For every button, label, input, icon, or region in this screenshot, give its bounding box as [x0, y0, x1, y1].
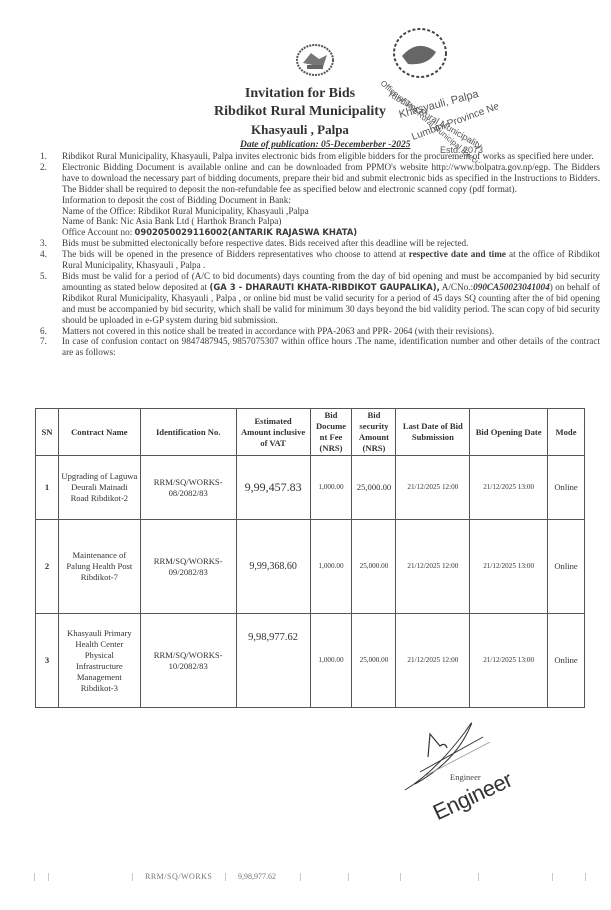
notice-items: 1. Ribdikot Rural Municipality, Khasyaul… [40, 151, 600, 358]
header-identification-no: Identification No. [140, 409, 236, 456]
notice-item: 6. Matters not covered in this notice sh… [40, 326, 600, 337]
header-opening-date: Bid Opening Date [470, 409, 548, 456]
bank-info-heading: Information to deposit the cost of Biddi… [62, 195, 291, 205]
header-contract-name: Contract Name [58, 409, 140, 456]
header-estimated-amount: Estimated Amount inclusive of VAT [236, 409, 310, 456]
notice-item: 4. The bids will be opened in the presen… [40, 249, 600, 271]
account-label: Office Account no: [62, 227, 135, 237]
notice-item: 1. Ribdikot Rural Municipality, Khasyaul… [40, 151, 600, 162]
header-doc-fee: Bid Docume nt Fee (NRS) [310, 409, 352, 456]
table-row: 3 Khasyauli Primary Health Center Physic… [36, 614, 585, 708]
organization-name: Ribdikot Rural Municipality [150, 104, 450, 120]
bank-name: Name of Bank: Nic Asia Bank Ltd ( Hartho… [62, 216, 281, 226]
document-title: Invitation for Bids [150, 86, 450, 102]
notice-item: 2. Electronic Bidding Document is availa… [40, 162, 600, 238]
notice-item: 5. Bids must be valid for a period of (A… [40, 271, 600, 326]
page-bleed-fragment: | | | RRM/SQ/WORKS | 9,98,977.62 | | | |… [0, 872, 611, 892]
header-sn: SN [36, 409, 59, 456]
table-row: 2 Maintenance of Palung Health Post Ribd… [36, 520, 585, 614]
table-row: 1 Upgrading of Laguwa Deurali Mainadi Ro… [36, 456, 585, 520]
notice-item: 7. In case of confusion contact on 98474… [40, 336, 600, 358]
table-header-row: SN Contract Name Identification No. Esti… [36, 409, 585, 456]
contracts-table: SN Contract Name Identification No. Esti… [35, 408, 585, 708]
bank-office-name: Name of the Office: Ribdikot Rural Munic… [62, 206, 309, 216]
header-security-amount: Bid security Amount (NRS) [352, 409, 396, 456]
government-emblem-logo [293, 43, 337, 77]
organization-location: Khasyauli , Palpa [150, 122, 450, 138]
notice-item: 3. Bids must be submitted electonically … [40, 238, 600, 249]
header-mode: Mode [548, 409, 585, 456]
account-number: 0902050029116002(ANTARIK RAJASWA KHATA) [135, 227, 358, 237]
publication-date: Date of publication: 05-Decemberber -202… [240, 140, 410, 150]
header-last-date: Last Date of Bid Submission [396, 409, 470, 456]
